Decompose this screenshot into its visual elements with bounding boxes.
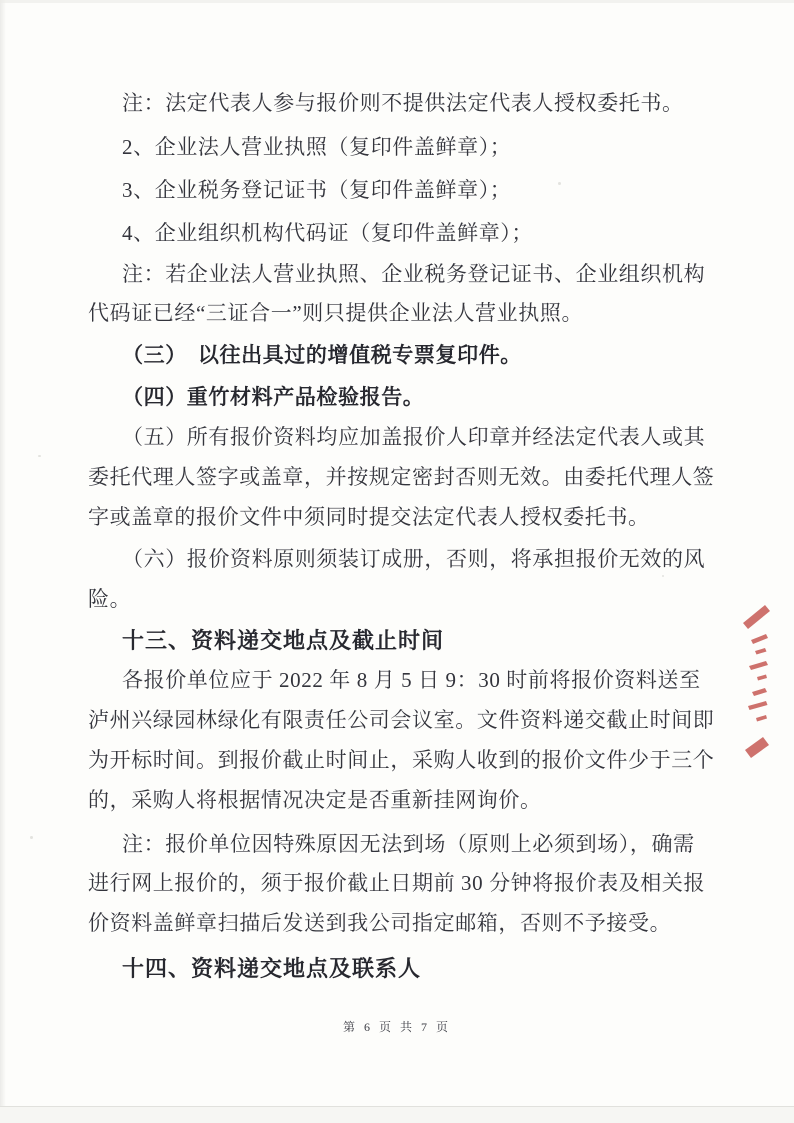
document-page: 注：法定代表人参与报价则不提供法定代表人授权委托书。 2、企业法人营业执照（复印…	[0, 0, 794, 1123]
deadline-para-l2: 泸州兴绿园林绿化有限责任公司会议室。文件资料递交截止时间即	[88, 707, 714, 733]
scan-speck	[30, 836, 33, 839]
scan-speck	[38, 455, 41, 457]
scan-edge-bottom	[0, 1106, 794, 1123]
note-remote-bid-l1: 注：报价单位因特殊原因无法到场（原则上必须到场），确需	[88, 831, 695, 857]
scan-edge-top	[0, 0, 794, 3]
section-heading-13: 十三、资料递交地点及截止时间	[88, 628, 444, 654]
scan-speck	[558, 182, 561, 185]
item-three: （三） 以往出具过的增值税专票复印件。	[88, 342, 522, 368]
scan-speck	[662, 575, 664, 577]
list-item-3: 3、企业税务登记证书（复印件盖鲜章）；	[88, 177, 511, 203]
note-remote-bid-l2: 进行网上报价的，须于报价截止日期前 30 分钟将报价表及相关报	[88, 870, 705, 896]
deadline-para-l4: 的，采购人将根据情况决定是否重新挂网询价。	[88, 787, 542, 813]
page-number: 第 6 页 共 7 页	[0, 1018, 794, 1035]
section-heading-14: 十四、资料递交地点及联系人	[88, 956, 421, 982]
note-three-in-one-l2: 代码证已经“三证合一”则只提供企业法人营业执照。	[88, 300, 583, 326]
red-seal-fragment	[736, 600, 772, 770]
item-six-l1: （六）报价资料原则须装订成册，否则，将承担报价无效的风	[88, 546, 705, 572]
red-seal-icon	[736, 600, 772, 770]
item-five-l2: 委托代理人签字或盖章，并按规定密封否则无效。由委托代理人签	[88, 464, 714, 490]
scan-edge-left	[0, 0, 6, 1123]
note-legal-rep: 注：法定代表人参与报价则不提供法定代表人授权委托书。	[88, 90, 684, 116]
item-five-l1: （五）所有报价资料均应加盖报价人印章并经法定代表人或其	[88, 424, 705, 450]
note-three-in-one-l1: 注：若企业法人营业执照、企业税务登记证书、企业组织机构	[88, 261, 705, 287]
item-five-l3: 字或盖章的报价文件中须同时提交法定代表人授权委托书。	[88, 504, 650, 530]
note-remote-bid-l3: 价资料盖鲜章扫描后发送到我公司指定邮箱，否则不予接受。	[88, 910, 671, 936]
list-item-2: 2、企业法人营业执照（复印件盖鲜章）；	[88, 134, 511, 160]
item-four: （四）重竹材料产品检验报告。	[88, 384, 424, 410]
deadline-para-l1: 各报价单位应于 2022 年 8 月 5 日 9：30 时前将报价资料送至	[88, 667, 701, 693]
list-item-4: 4、企业组织机构代码证（复印件盖鲜章）；	[88, 220, 533, 246]
item-six-l2: 险。	[88, 586, 131, 612]
deadline-para-l3: 为开标时间。到报价截止时间止，采购人收到的报价文件少于三个	[88, 747, 714, 773]
